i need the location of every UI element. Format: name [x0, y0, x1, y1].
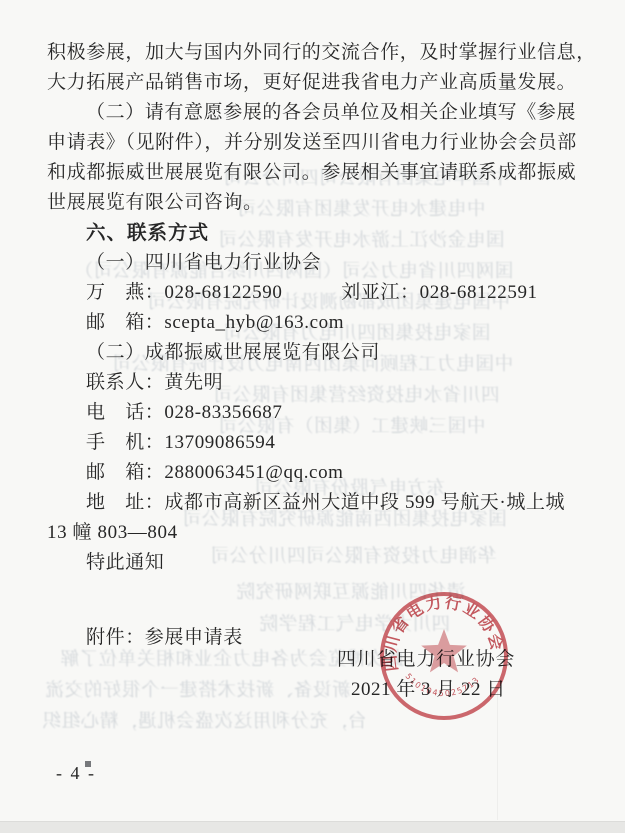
body-line: 和成都振威世展展览有限公司。参展相关事宜请联系成都振威: [47, 158, 579, 188]
body-line: 申请表》（见附件），并分别发送至四川省电力行业协会会员部: [47, 128, 579, 158]
seal-star-icon: [421, 629, 467, 672]
contact-address: 地 址：成都市高新区益州大道中段 599 号航天·城上城: [47, 488, 579, 518]
seal-number: 5101045025713: [404, 672, 482, 698]
contact-phone: 电 话：028-83356687: [47, 398, 579, 428]
bleedthrough-line: 台，充分利用这次盛会机遇，精心组织: [42, 707, 367, 733]
body-line: 世展展览有限公司咨询。: [47, 188, 579, 218]
scan-artifact-speck: [85, 761, 91, 767]
scan-edge-band: [0, 821, 625, 833]
contact-address-cont: 13 幢 803—804: [47, 518, 579, 548]
contact-email-1: 邮 箱：scepta_hyb@163.com: [47, 308, 579, 338]
paper-crease: [497, 690, 498, 820]
contact-email-2: 邮 箱：2880063451@qq.com: [47, 458, 579, 488]
official-seal: 四川省电力行业协会 5101045025713: [377, 589, 511, 723]
body-line: （二）请有意愿参展的各会员单位及相关企业填写《参展: [47, 98, 579, 128]
bleedthrough-line: 新设备、新技术搭建一个很好的交流: [45, 676, 351, 702]
notice-closing: 特此通知: [47, 548, 579, 578]
body-line: 积极参展，加大与国内外同行的交流合作，及时掌握行业信息，: [47, 38, 579, 68]
scanned-document-page: 中国华电集团有限公司四川分公司中电建水电开发集团有限公司国电金沙江上游水电开发有…: [0, 0, 625, 833]
section-heading-contact: 六、联系方式: [47, 218, 579, 248]
contact-org-2: （二）成都振威世展展览有限公司: [47, 338, 579, 368]
contact-person: 联系人：黄先明: [47, 368, 579, 398]
contact-phones: 万 燕：028-68122590 刘亚江：028-68122591: [47, 278, 579, 308]
contact-org-1: （一）四川省电力行业协会: [47, 248, 579, 278]
contact-mobile: 手 机：13709086594: [47, 428, 579, 458]
document-body: 积极参展，加大与国内外同行的交流合作，及时掌握行业信息， 大力拓展产品销售市场，…: [47, 38, 579, 653]
body-line: 大力拓展产品销售市场，更好促进我省电力产业高质量发展。: [47, 68, 579, 98]
